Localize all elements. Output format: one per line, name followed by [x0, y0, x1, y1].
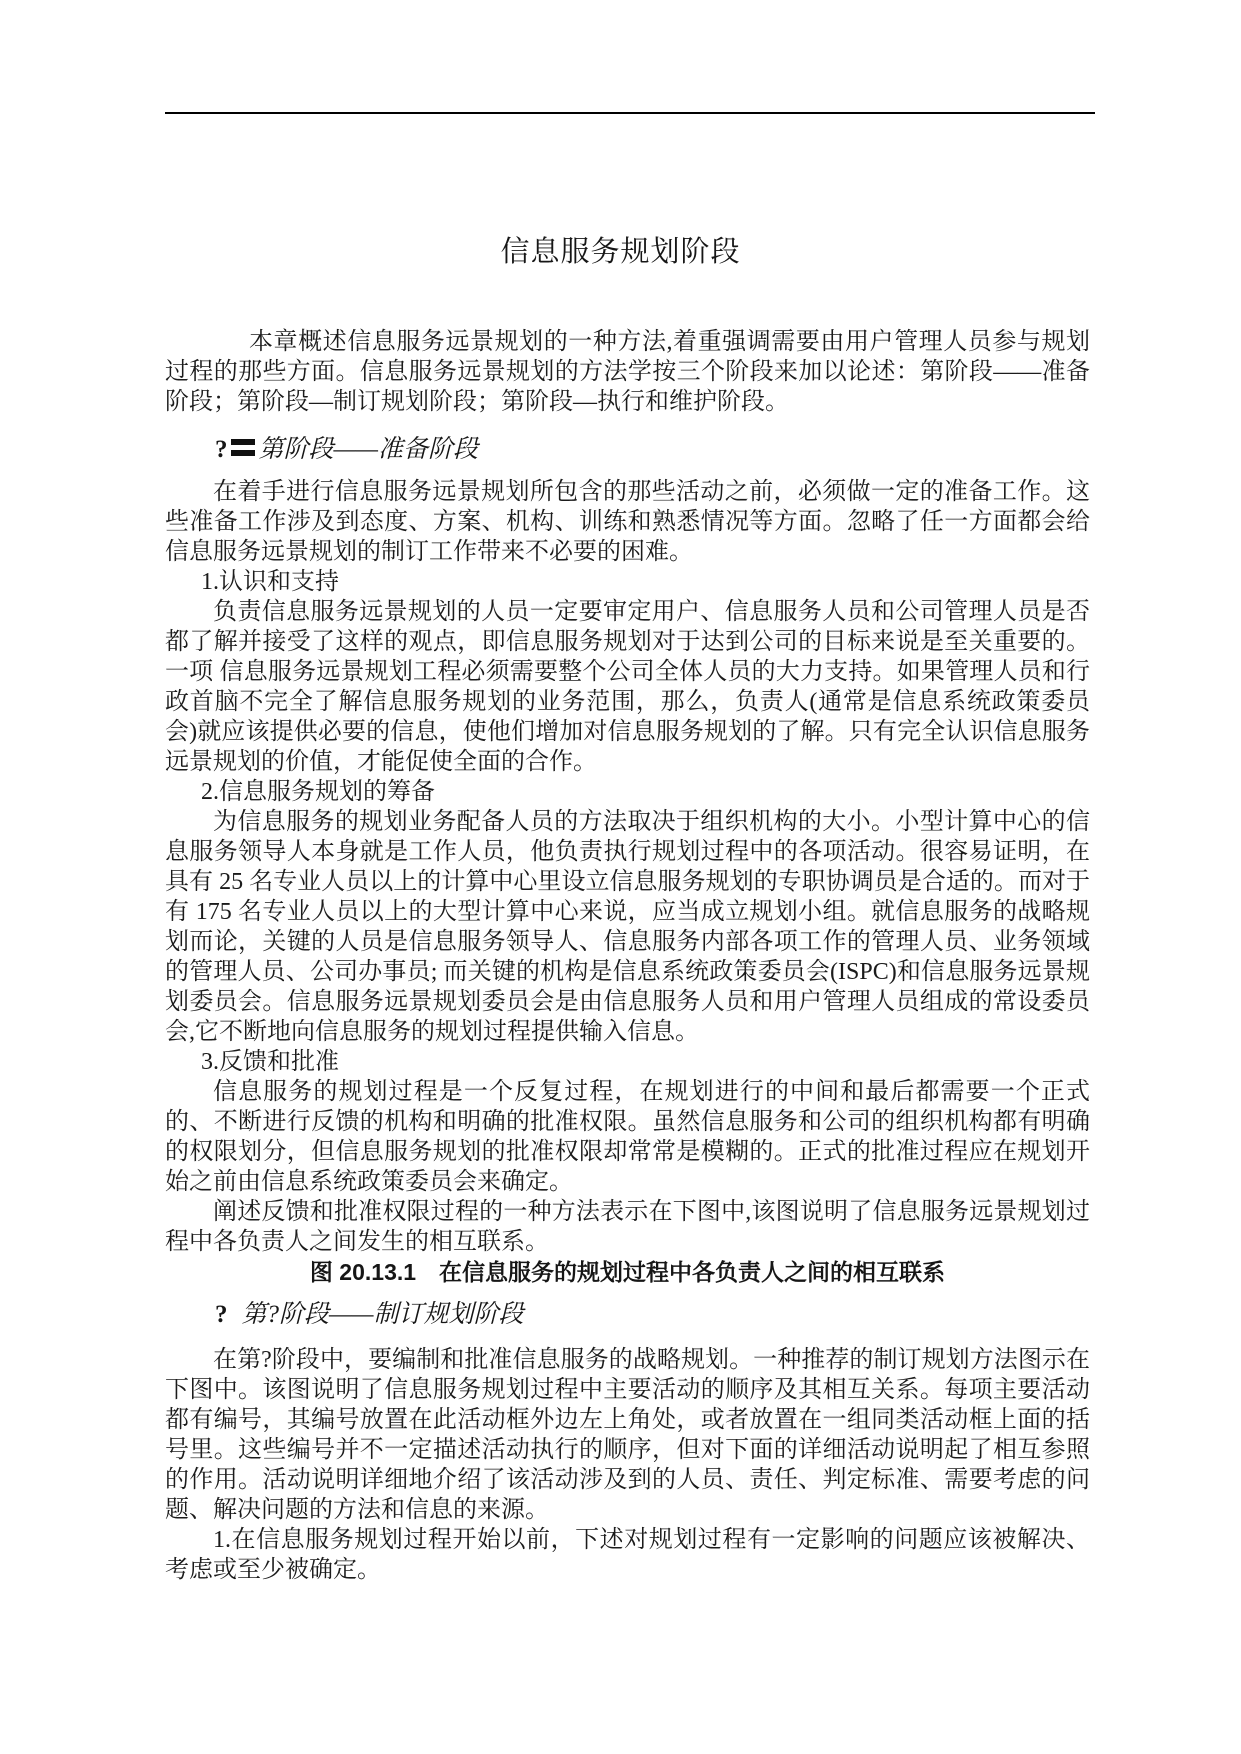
- item3-paragraph: 信息服务的规划过程是一个反复过程，在规划进行的中间和最后都需要一个正式的、不断进…: [165, 1077, 1090, 1197]
- item1-paragraph: 负责信息服务远景规划的人员一定要审定用户、信息服务人员和公司管理人员是否都了解并…: [165, 597, 1090, 777]
- document-page: 信息服务规划阶段 本章概述信息服务远景规划的一种方法,着重强调需要由用户管理人员…: [0, 0, 1241, 1754]
- document-body: 本章概述信息服务远景规划的一种方法,着重强调需要由用户管理人员参与规划过程的那些…: [165, 327, 1090, 1585]
- item1-title: 1.认识和支持: [165, 567, 1090, 597]
- heading-prefix-mark: ?: [215, 1301, 228, 1328]
- phase2-paragraph: 在第?阶段中，要编制和批准信息服务的战略规划。一种推荐的制订规划方法图示在下图中…: [165, 1345, 1090, 1525]
- heading-prefix-mark: ?: [215, 436, 228, 463]
- item2-title: 2.信息服务规划的筹备: [165, 777, 1090, 807]
- phase2-list-paragraph: 1.在信息服务规划过程开始以前，下述对规划过程有一定影响的问题应该被解决、考虑或…: [165, 1525, 1090, 1585]
- figure-caption: 图 20.13.1 在信息服务的规划过程中各负责人之间的相互联系: [165, 1257, 1090, 1287]
- section-heading-phase2: ?第?阶段——制订规划阶段: [165, 1300, 1090, 1330]
- phase1-paragraph: 在着手进行信息服务远景规划所包含的那些活动之前，必须做一定的准备工作。这些准备工…: [165, 477, 1090, 567]
- page-title: 信息服务规划阶段: [0, 235, 1241, 269]
- intro-paragraph: 本章概述信息服务远景规划的一种方法,着重强调需要由用户管理人员参与规划过程的那些…: [165, 327, 1090, 417]
- missing-glyph-geta-mark: [231, 439, 255, 456]
- header-rule: [165, 112, 1095, 114]
- item3-title: 3.反馈和批准: [165, 1047, 1090, 1077]
- item2-paragraph: 为信息服务的规划业务配备人员的方法取决于组织机构的大小。小型计算中心的信息服务领…: [165, 807, 1090, 1047]
- phase1-closing-paragraph: 阐述反馈和批准权限过程的一种方法表示在下图中,该图说明了信息服务远景规划过程中各…: [165, 1197, 1090, 1257]
- section-heading-text: 第阶段——准备阶段: [259, 436, 478, 463]
- section-heading-text: 第?阶段——制订规划阶段: [242, 1301, 524, 1328]
- section-heading-phase1: ?第阶段——准备阶段: [165, 435, 1090, 465]
